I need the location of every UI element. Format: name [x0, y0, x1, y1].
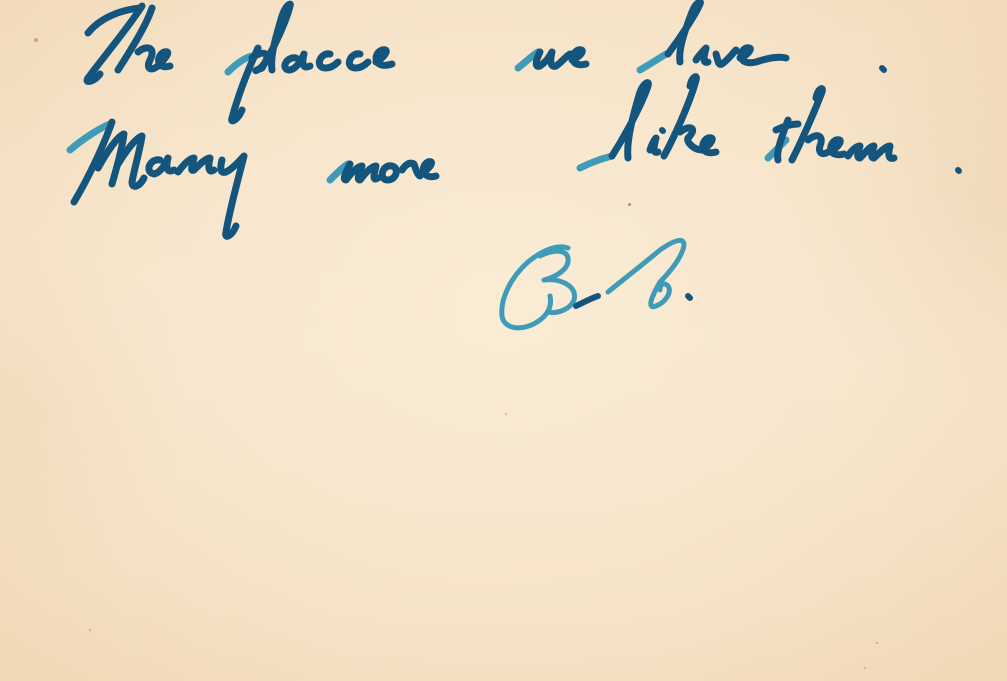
note-line-2: Many more like them. [66, 118, 868, 202]
aged-paper-note: The place we live. Many more like them. … [0, 0, 1007, 681]
note-signature: B.B. [500, 238, 668, 331]
handwriting-ink [0, 0, 1007, 681]
note-line-1: The place we live. [84, 10, 723, 92]
